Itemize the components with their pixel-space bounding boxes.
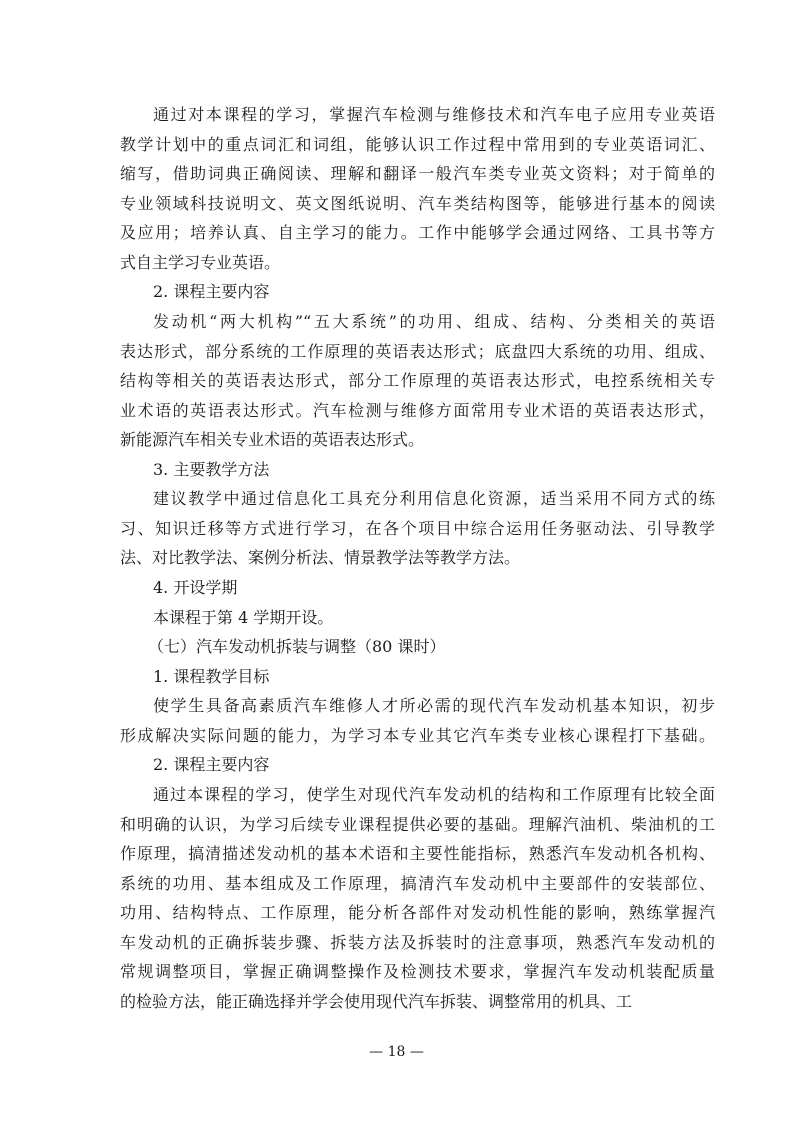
text-line: 教学计划中的重点词汇和词组，能够认识工作过程中常用到的专业英语词汇、	[120, 130, 715, 160]
text-line: 和明确的认识，为学习后续专业课程提供必要的基础。理解汽油机、柴油机的工	[120, 810, 715, 840]
text-line: 结构等相关的英语表达形式，部分工作原理的英语表达形式，电控系统相关专	[120, 366, 715, 396]
subheading-course-content: 2. 课程主要内容	[120, 277, 715, 307]
text-line: 业术语的英语表达形式。汽车检测与维修方面常用专业术语的英语表达形式，	[120, 396, 715, 426]
text-line: 通过本课程的学习，使学生对现代汽车发动机的结构和工作原理有比较全面	[120, 780, 715, 810]
paragraph-course-content-english: 发动机“两大机构”“五大系统”的功用、组成、结构、分类相关的英语 表达形式，部分…	[120, 307, 715, 455]
text-line: 作原理，搞清描述发动机的基本术语和主要性能指标，熟悉汽车发动机各机构、	[120, 839, 715, 869]
page-content: 通过对本课程的学习，掌握汽车检测与维修技术和汽车电子应用专业英语 教学计划中的重…	[120, 100, 715, 1016]
text-line: 专业领域科技说明文、英文图纸说明、汽车类结构图等，能够进行基本的阅读	[120, 189, 715, 219]
text-line: 建议教学中通过信息化工具充分利用信息化资源，适当采用不同方式的练	[120, 484, 715, 514]
document-page: 通过对本课程的学习，掌握汽车检测与维修技术和汽车电子应用专业英语 教学计划中的重…	[0, 0, 793, 1122]
paragraph-semester: 本课程于第 4 学期开设。	[120, 603, 715, 633]
text-line: 常规调整项目，掌握正确调整操作及检测技术要求，掌握汽车发动机装配质量	[120, 957, 715, 987]
paragraph-teaching-methods: 建议教学中通过信息化工具充分利用信息化资源，适当采用不同方式的练 习、知识迁移等…	[120, 484, 715, 573]
text-line: 本课程于第 4 学期开设。	[120, 603, 715, 633]
text-line: 形成解决实际问题的能力，为学习本专业其它汽车类专业核心课程打下基础。	[120, 721, 715, 751]
text-line: 习、知识迁移等方式进行学习，在各个项目中综合运用任务驱动法、引导教学	[120, 514, 715, 544]
text-line: 表达形式，部分系统的工作原理的英语表达形式；底盘四大系统的功用、组成、	[120, 337, 715, 367]
text-line: 使学生具备高素质汽车维修人才所必需的现代汽车发动机基本知识，初步	[120, 691, 715, 721]
subheading-semester: 4. 开设学期	[120, 573, 715, 603]
subheading-teaching-methods: 3. 主要教学方法	[120, 455, 715, 485]
text-line: 功用、结构特点、工作原理，能分析各部件对发动机性能的影响，熟练掌握汽	[120, 898, 715, 928]
text-line: 法、对比教学法、案例分析法、情景教学法等教学方法。	[120, 543, 715, 573]
text-line: 发动机“两大机构”“五大系统”的功用、组成、结构、分类相关的英语	[120, 307, 715, 337]
text-line: 系统的功用、基本组成及工作原理，搞清汽车发动机中主要部件的安装部位、	[120, 869, 715, 899]
section-heading-engine-assembly: （七）汽车发动机拆装与调整（80 课时）	[120, 632, 715, 662]
text-line: 新能源汽车相关专业术语的英语表达形式。	[120, 425, 715, 455]
subheading-course-content-engine: 2. 课程主要内容	[120, 750, 715, 780]
text-line: 通过对本课程的学习，掌握汽车检测与维修技术和汽车电子应用专业英语	[120, 100, 715, 130]
text-line: 式自主学习专业英语。	[120, 248, 715, 278]
subheading-teaching-goals: 1. 课程教学目标	[120, 662, 715, 692]
text-line: 车发动机的正确拆装步骤、拆装方法及拆装时的注意事项，熟悉汽车发动机的	[120, 928, 715, 958]
text-line: 的检验方法，能正确选择并学会使用现代汽车拆装、调整常用的机具、工	[120, 987, 715, 1017]
paragraph-course-objectives-english: 通过对本课程的学习，掌握汽车检测与维修技术和汽车电子应用专业英语 教学计划中的重…	[120, 100, 715, 277]
paragraph-course-content-engine: 通过本课程的学习，使学生对现代汽车发动机的结构和工作原理有比较全面 和明确的认识…	[120, 780, 715, 1017]
paragraph-teaching-goals: 使学生具备高素质汽车维修人才所必需的现代汽车发动机基本知识，初步 形成解决实际问…	[120, 691, 715, 750]
text-line: 及应用；培养认真、自主学习的能力。工作中能够学会通过网络、工具书等方	[120, 218, 715, 248]
text-line: 缩写，借助词典正确阅读、理解和翻译一般汽车类专业英文资料；对于简单的	[120, 159, 715, 189]
page-number: — 18 —	[0, 1040, 793, 1064]
